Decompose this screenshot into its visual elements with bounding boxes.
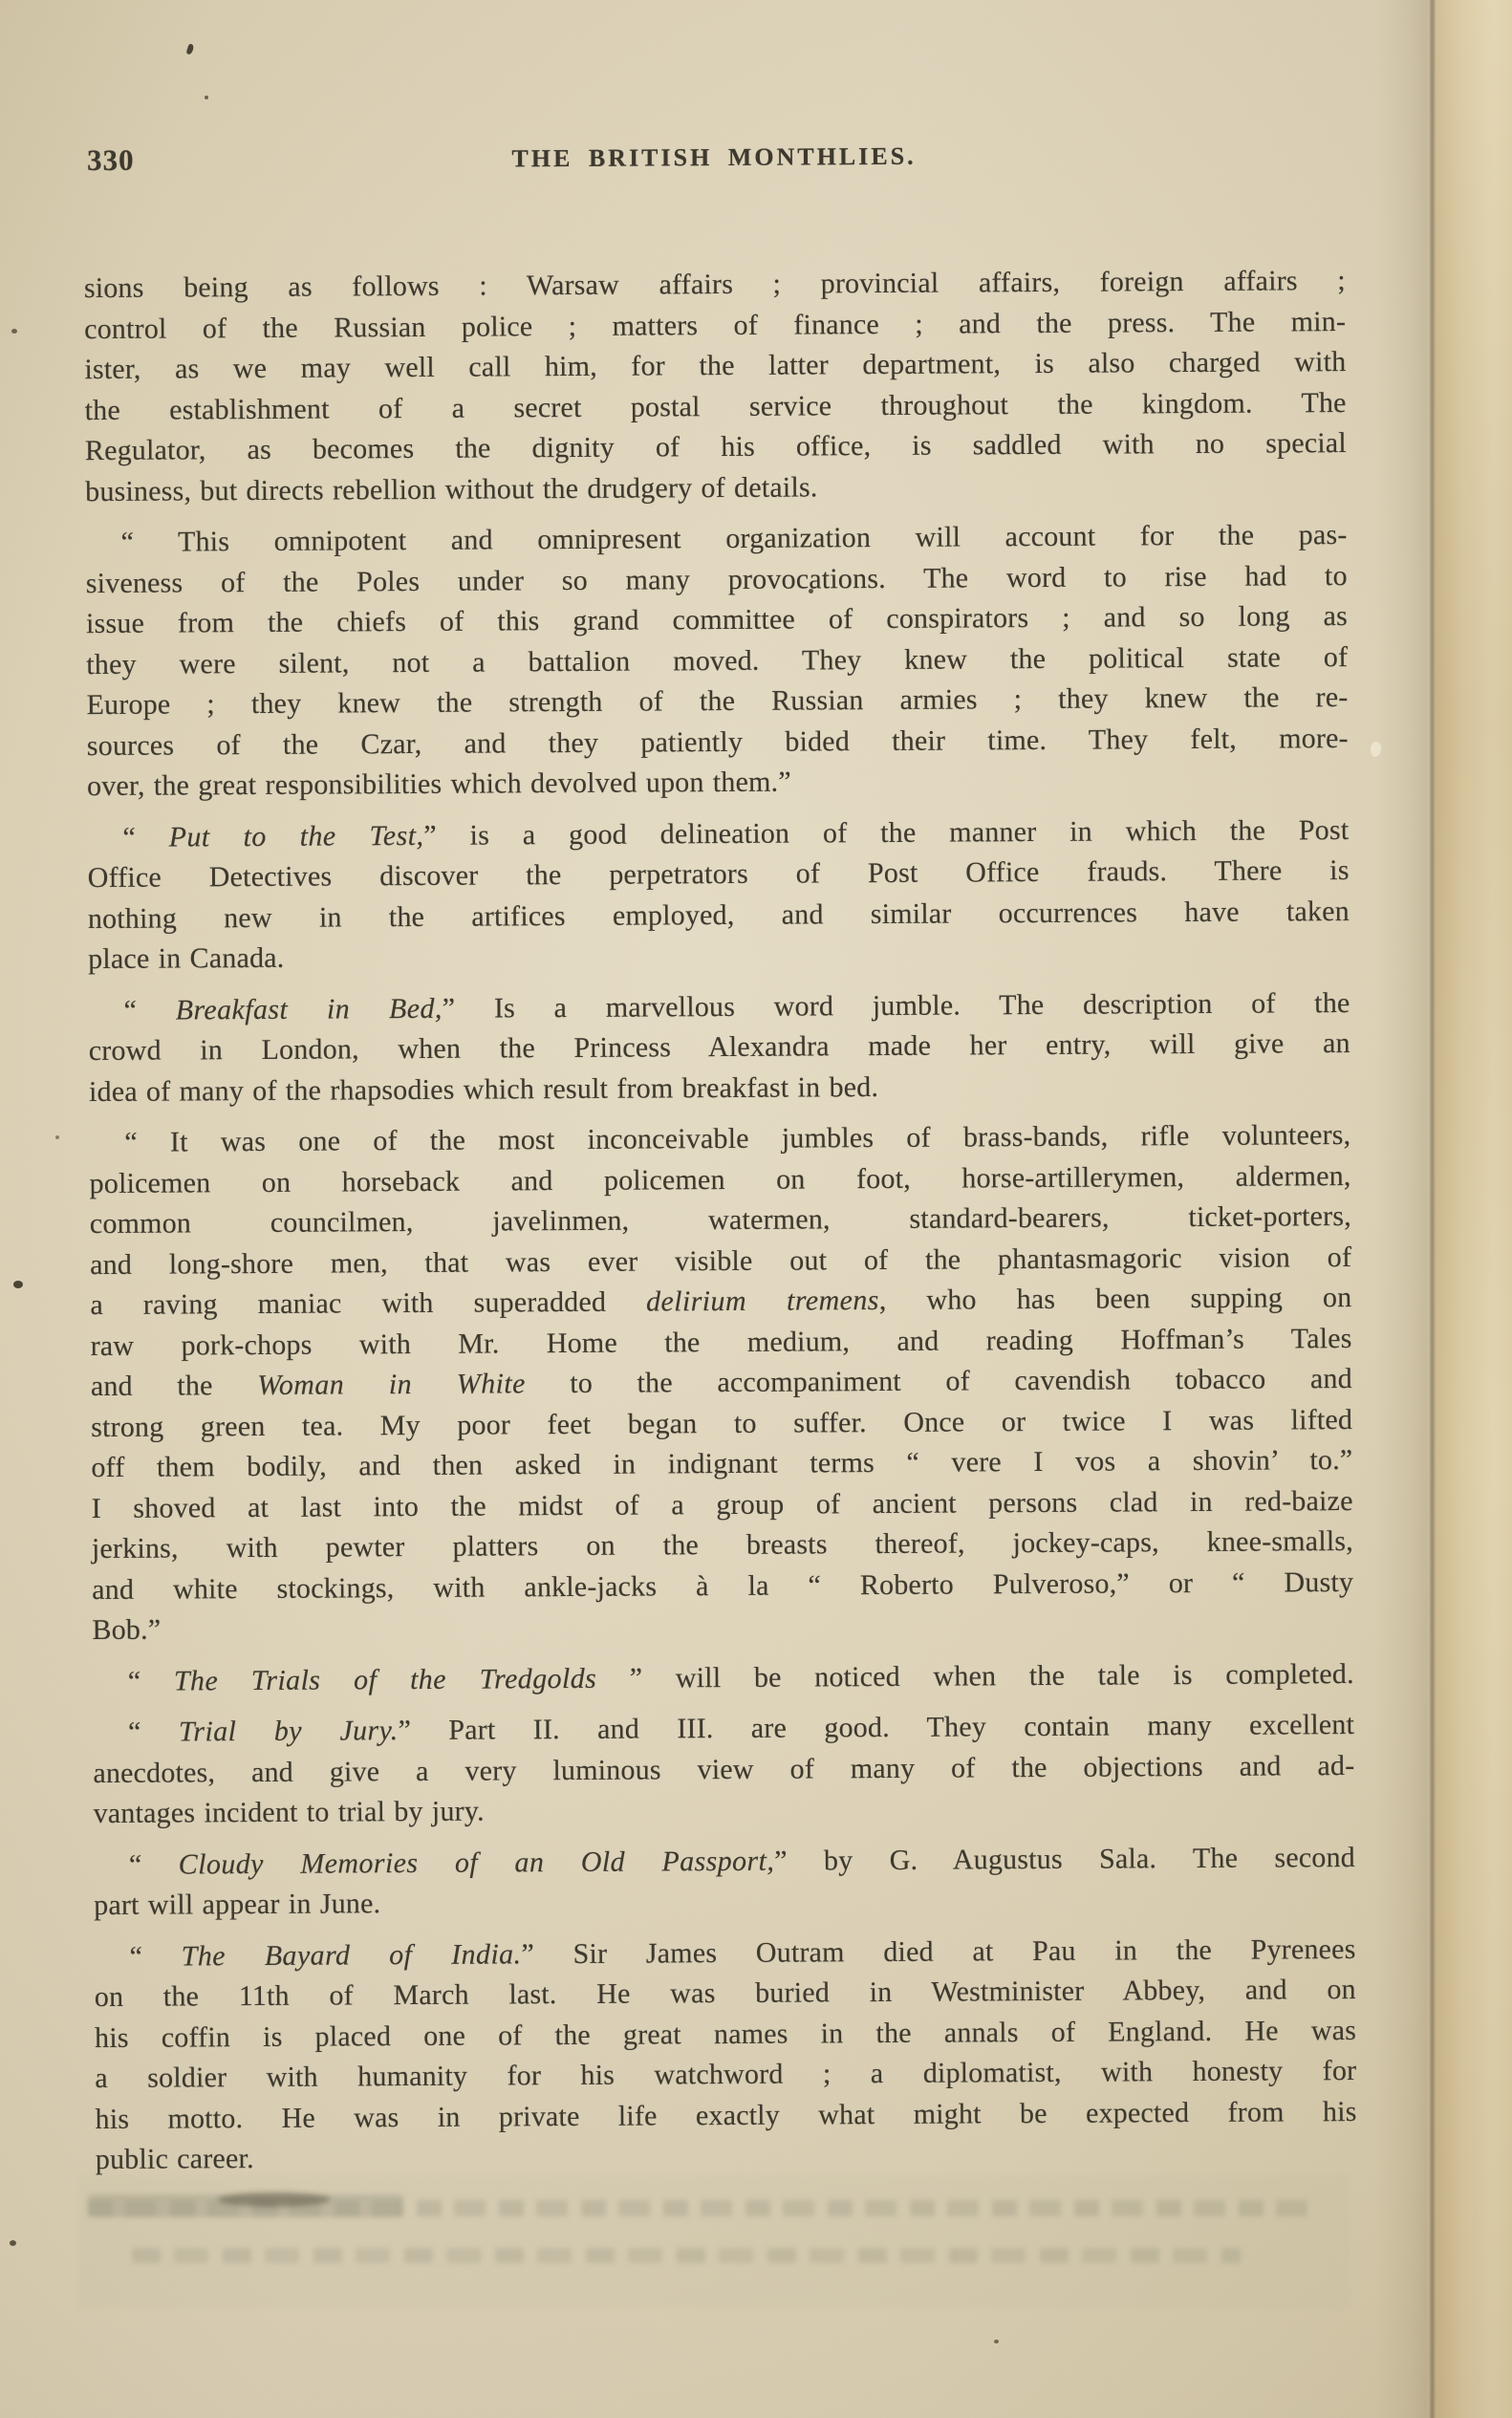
text-line: ister, as we may well call him, for the … [84,342,1346,391]
text-line: Europe ; they knew the strength of the R… [86,678,1348,726]
text-line: business, but directs rebellion without … [85,464,1347,513]
text-line: public career. [96,2132,1357,2181]
text-line: “ It was one of the most inconceivable j… [89,1115,1350,1164]
text-line: part will appear in June. [94,1878,1355,1927]
text-line: place in Canada. [88,932,1350,981]
text-line: off them bodily, and then asked in indig… [91,1440,1352,1489]
text-line: crowd in London, when the Princess Alexa… [89,1024,1350,1072]
text-block: sions being as follows : Warsaw affairs … [84,261,1357,2191]
text-line: a raving maniac with superadded delirium… [90,1278,1351,1327]
text-line: anecdotes, and give a very luminous view… [93,1745,1354,1794]
text-line: Regulator, as becomes the dignity of his… [85,423,1347,472]
text-line: over, the great responsibilities which d… [87,759,1349,808]
text-line: jerkins, with pewter platters on the bre… [92,1522,1353,1570]
paragraph: “ Put to the Test,” is a good delineatio… [87,810,1350,980]
text-line: “ This omnipotent and omnipresent organi… [85,515,1347,564]
page-header: 330 THE BRITISH MONTHLIES. [83,136,1345,182]
text-line: common councilmen, javelinmen, watermen,… [90,1197,1351,1245]
paragraph: “ It was one of the most inconceivable j… [89,1115,1353,1652]
scan-content: 330 THE BRITISH MONTHLIES. sions being a… [0,0,1512,2418]
text-line: nothing new in the artifices employed, a… [88,891,1350,939]
text-line: Office Detectives discover the perpetrat… [88,851,1350,899]
text-line: and white stockings, with ankle-jacks à … [92,1562,1353,1610]
text-line: sources of the Czar, and they patiently … [87,719,1349,767]
paragraph: “ Cloudy Memories of an Old Passport,” b… [94,1837,1355,1926]
paragraph: “ This omnipotent and omnipresent organi… [85,515,1349,808]
text-line: Bob.” [92,1603,1353,1652]
paragraph: “ Breakfast in Bed,” Is a marvellous wor… [88,982,1350,1112]
text-line: “ The Trials of the Tredgolds ” will be … [93,1653,1354,1702]
text-line: a soldier with humanity for his watchwor… [95,2051,1356,2100]
text-line: “ Cloudy Memories of an Old Passport,” b… [94,1837,1355,1886]
text-line: “ Trial by Jury.” Part II. and III. are … [93,1705,1354,1754]
paragraph: “ Trial by Jury.” Part II. and III. are … [93,1705,1355,1835]
running-head: THE BRITISH MONTHLIES. [83,140,1345,176]
text-line: issue from the chiefs of this grand comm… [86,596,1348,645]
paragraph: “ The Trials of the Tredgolds ” will be … [93,1653,1354,1702]
text-line: and the Woman in White to the accompanim… [91,1359,1352,1408]
text-line: his motto. He was in private life exactl… [95,2091,1356,2140]
text-line: on the 11th of March last. He was buried… [95,1970,1356,2019]
scanned-page: { "page": { "number": "330", "running_he… [0,0,1512,2418]
paragraph: “ The Bayard of India.” Sir James Outram… [94,1929,1357,2180]
text-line: sions being as follows : Warsaw affairs … [84,261,1346,310]
text-line: idea of many of the rhapsodies which res… [89,1064,1350,1112]
paragraph: sions being as follows : Warsaw affairs … [84,261,1348,512]
text-line: vantages incident to trial by jury. [94,1786,1355,1835]
